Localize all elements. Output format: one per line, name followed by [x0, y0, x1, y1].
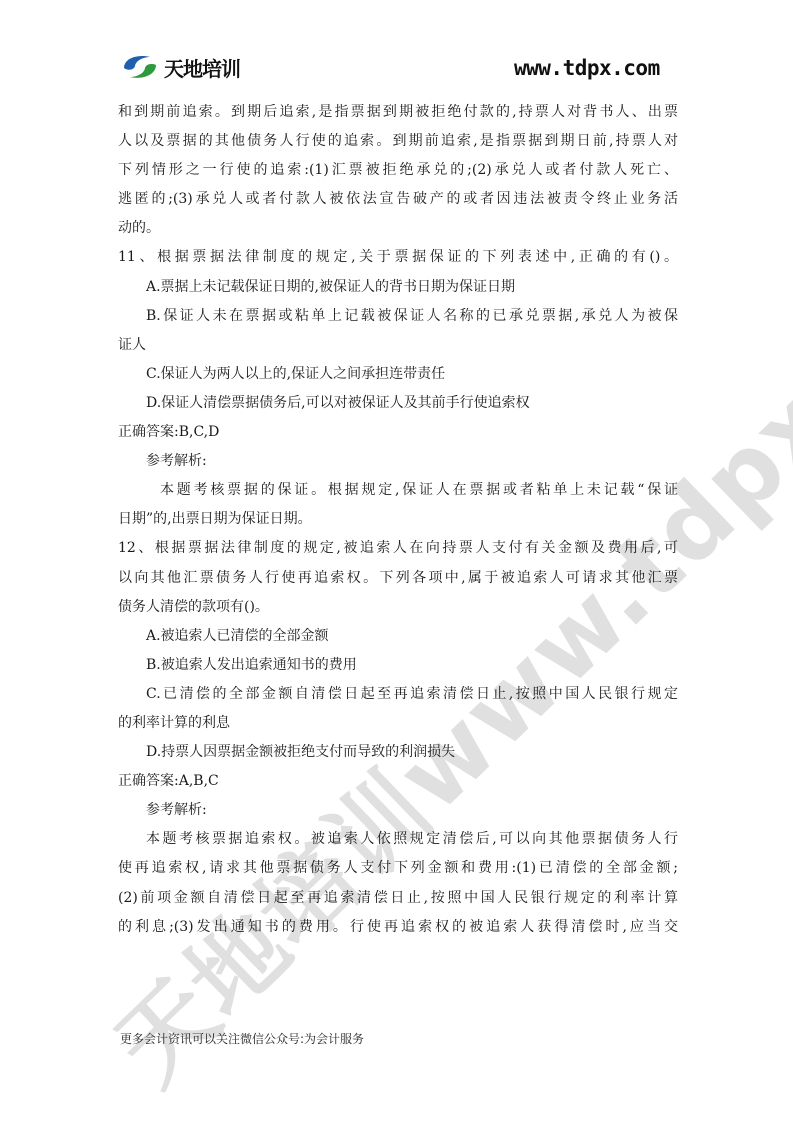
analysis-label: 参考解析:	[118, 447, 678, 476]
logo-text: 天地培训	[164, 53, 240, 82]
analysis-text: 本题考核票据的保证。根据规定,保证人在票据或者粘单上未记载“保证	[118, 476, 678, 505]
question-text: 以向其他汇票债务人行使再追索权。下列各项中,属于被追索人可请求其他汇票	[118, 564, 678, 593]
analysis-text: (2)前项金额自清偿日起至再追索清偿日止,按照中国人民银行规定的利率计算	[118, 884, 678, 913]
question-12: 12、根据票据法律制度的规定,被追索人在向持票人支付有关金额及费用后,可 以向其…	[118, 534, 678, 941]
text-line: 和到期前追索。到期后追索,是指票据到期被拒绝付款的,持票人对背书人、出票	[118, 98, 678, 127]
question-11: 11、根据票据法律制度的规定,关于票据保证的下列表述中,正确的有()。 A.票据…	[118, 243, 678, 534]
option-a: A.票据上未记载保证日期的,被保证人的背书日期为保证日期	[118, 273, 678, 302]
option-b-cont: 证人	[118, 331, 678, 360]
text-line: 人以及票据的其他债务人行使的追索。到期前追索,是指票据到期日前,持票人对	[118, 127, 678, 156]
analysis-text: 本题考核票据追索权。被追索人依照规定清偿后,可以向其他票据债务人行	[118, 825, 678, 854]
text-line: 下列情形之一行使的追索:(1)汇票被拒绝承兑的;(2)承兑人或者付款人死亡、	[118, 156, 678, 185]
text-line: 动的。	[118, 214, 678, 243]
page-footer: 更多会计资讯可以关注微信公众号:为会计服务	[120, 1030, 364, 1047]
option-d: D.保证人清偿票据债务后,可以对被保证人及其前手行使追索权	[118, 389, 678, 418]
analysis-text: 使再追索权,请求其他票据债务人支付下列金额和费用:(1)已清偿的全部金额;	[118, 854, 678, 883]
option-d: D.持票人因票据金额被拒绝支付而导致的利润损失	[118, 738, 678, 767]
option-c: C.已清偿的全部金额自清偿日起至再追索清偿日止,按照中国人民银行规定	[118, 680, 678, 709]
option-b: B.被追索人发出追索通知书的费用	[118, 651, 678, 680]
option-c: C.保证人为两人以上的,保证人之间承担连带责任	[118, 360, 678, 389]
question-text: 11、根据票据法律制度的规定,关于票据保证的下列表述中,正确的有()。	[118, 243, 678, 272]
site-url: www.tdpx.com	[514, 56, 660, 80]
text-line: 逃匿的;(3)承兑人或者付款人被依法宣告破产的或者因违法被责令终止业务活	[118, 185, 678, 214]
option-b: B.保证人未在票据或粘单上记载被保证人名称的已承兑票据,承兑人为被保	[118, 302, 678, 331]
option-a: A.被追索人已清偿的全部金额	[118, 622, 678, 651]
swirl-logo-icon	[120, 52, 160, 82]
brand-logo: 天地培训	[120, 52, 240, 82]
intro-paragraph: 和到期前追索。到期后追索,是指票据到期被拒绝付款的,持票人对背书人、出票 人以及…	[118, 98, 678, 243]
option-c-cont: 的利率计算的利息	[118, 709, 678, 738]
document-body: 和到期前追索。到期后追索,是指票据到期被拒绝付款的,持票人对背书人、出票 人以及…	[118, 98, 678, 942]
correct-answer: 正确答案:A,B,C	[118, 767, 678, 796]
analysis-label: 参考解析:	[118, 796, 678, 825]
correct-answer: 正确答案:B,C,D	[118, 418, 678, 447]
analysis-text: 的利息;(3)发出通知书的费用。行使再追索权的被追索人获得清偿时,应当交	[118, 913, 678, 942]
question-text: 12、根据票据法律制度的规定,被追索人在向持票人支付有关金额及费用后,可	[118, 534, 678, 563]
question-text: 债务人清偿的款项有()。	[118, 593, 678, 622]
page-header: 天地培训 www.tdpx.com	[0, 0, 793, 95]
analysis-text: 日期”的,出票日期为保证日期。	[118, 505, 678, 534]
